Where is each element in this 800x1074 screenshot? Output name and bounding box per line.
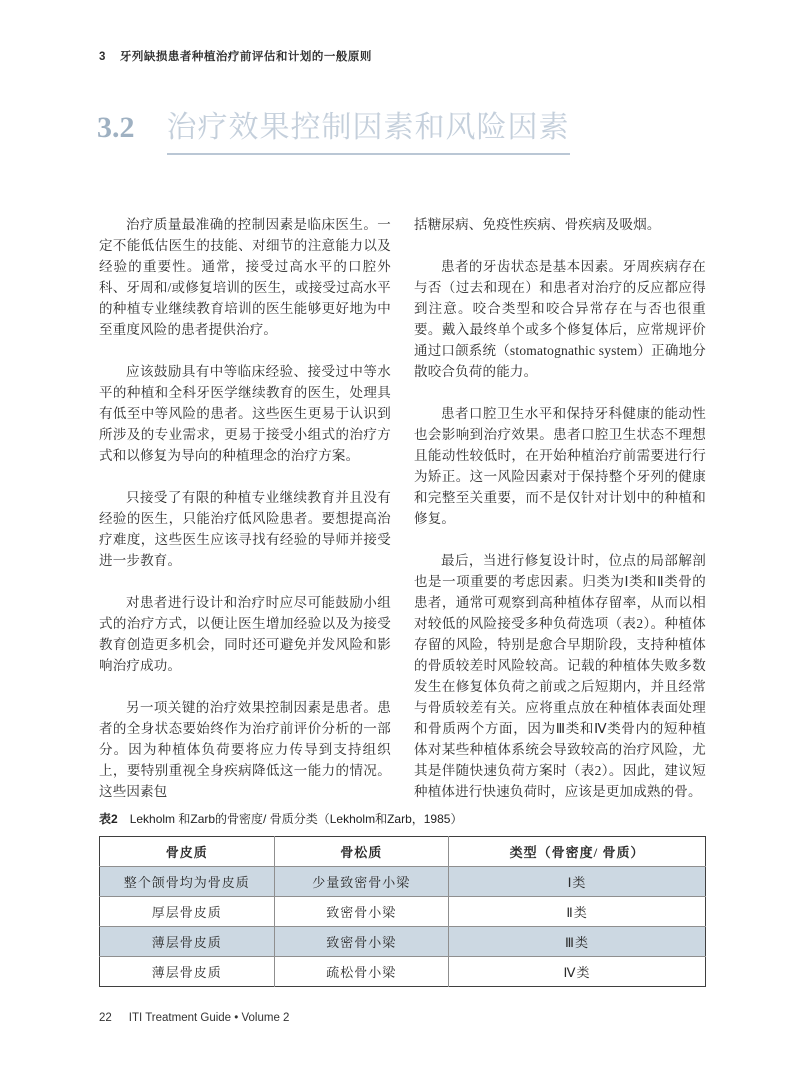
paragraph: 患者口腔卫生水平和保持牙科健康的能动性也会影响到治疗效果。患者口腔卫生状态不理想…	[414, 403, 706, 529]
chapter-number: 3	[99, 51, 106, 63]
table-cell: 疏松骨小梁	[274, 957, 449, 987]
table-cell: 少量致密骨小梁	[274, 867, 449, 897]
paragraph: 另一项关键的治疗效果控制因素是患者。患者的全身状态要始终作为治疗前评价分析的一部…	[99, 697, 391, 802]
table-cell: 薄层骨皮质	[100, 927, 275, 957]
table-cell: 薄层骨皮质	[100, 957, 275, 987]
table-row: 整个颌骨均为骨皮质 少量致密骨小梁 Ⅰ类	[100, 867, 706, 897]
right-column: 括糖尿病、免疫性疾病、骨疾病及吸烟。 患者的牙齿状态是基本因素。牙周疾病存在与否…	[414, 214, 706, 823]
paragraph: 对患者进行设计和治疗时应尽可能鼓励小组式的治疗方式，以便让医生增加经验以及为接受…	[99, 592, 391, 676]
bone-classification-table: 骨皮质 骨松质 类型（骨密度/ 骨质） 整个颌骨均为骨皮质 少量致密骨小梁 Ⅰ类…	[99, 836, 706, 987]
table-cell: 厚层骨皮质	[100, 897, 275, 927]
paragraph: 应该鼓励具有中等临床经验、接受过中等水平的种植和全科牙医学继续教育的医生，处理具…	[99, 361, 391, 466]
page-number: 22	[99, 1012, 112, 1024]
chapter-title: 牙列缺损患者种植治疗前评估和计划的一般原则	[120, 51, 372, 63]
table-header-row: 骨皮质 骨松质 类型（骨密度/ 骨质）	[100, 837, 706, 867]
running-header: 3牙列缺损患者种植治疗前评估和计划的一般原则	[99, 48, 372, 64]
table-caption: 表2Lekholm 和Zarb的骨密度/ 骨质分类（Lekholm和Zarb，1…	[99, 810, 706, 827]
table-cell: Ⅳ类	[449, 957, 706, 987]
table-cell: Ⅲ类	[449, 927, 706, 957]
section-heading: 3.2治疗效果控制因素和风险因素	[97, 102, 570, 155]
table-cell: 致密骨小梁	[274, 897, 449, 927]
paragraph: 治疗质量最准确的控制因素是临床医生。一定不能低估医生的技能、对细节的注意能力以及…	[99, 214, 391, 340]
table-cell: 致密骨小梁	[274, 927, 449, 957]
paragraph: 最后，当进行修复设计时，位点的局部解剖也是一项重要的考虑因素。归类为Ⅰ类和Ⅱ类骨…	[414, 550, 706, 802]
table-caption-label: 表2	[99, 812, 118, 826]
table-cell: 整个颌骨均为骨皮质	[100, 867, 275, 897]
table-cell: Ⅱ类	[449, 897, 706, 927]
table-row: 厚层骨皮质 致密骨小梁 Ⅱ类	[100, 897, 706, 927]
body-columns: 治疗质量最准确的控制因素是临床医生。一定不能低估医生的技能、对细节的注意能力以及…	[99, 214, 706, 823]
table-row: 薄层骨皮质 致密骨小梁 Ⅲ类	[100, 927, 706, 957]
table-row: 薄层骨皮质 疏松骨小梁 Ⅳ类	[100, 957, 706, 987]
document-page: 3牙列缺损患者种植治疗前评估和计划的一般原则 3.2治疗效果控制因素和风险因素 …	[0, 0, 800, 1074]
column-header: 骨皮质	[100, 837, 275, 867]
section-number: 3.2	[97, 111, 135, 145]
paragraph-continuation: 括糖尿病、免疫性疾病、骨疾病及吸烟。	[414, 214, 706, 235]
left-column: 治疗质量最准确的控制因素是临床医生。一定不能低估医生的技能、对细节的注意能力以及…	[99, 214, 391, 823]
footer-text: ITI Treatment Guide • Volume 2	[129, 1012, 290, 1024]
paragraph: 只接受了有限的种植专业继续教育并且没有经验的医生，只能治疗低风险患者。要想提高治…	[99, 487, 391, 571]
table-caption-text: Lekholm 和Zarb的骨密度/ 骨质分类（Lekholm和Zarb，198…	[130, 812, 463, 826]
column-header: 类型（骨密度/ 骨质）	[449, 837, 706, 867]
bone-classification-table-block: 表2Lekholm 和Zarb的骨密度/ 骨质分类（Lekholm和Zarb，1…	[99, 810, 706, 987]
section-title: 治疗效果控制因素和风险因素	[167, 102, 570, 155]
column-header: 骨松质	[274, 837, 449, 867]
page-footer: 22ITI Treatment Guide • Volume 2	[99, 1012, 289, 1024]
paragraph: 患者的牙齿状态是基本因素。牙周疾病存在与否（过去和现在）和患者对治疗的反应都应得…	[414, 256, 706, 382]
table-cell: Ⅰ类	[449, 867, 706, 897]
